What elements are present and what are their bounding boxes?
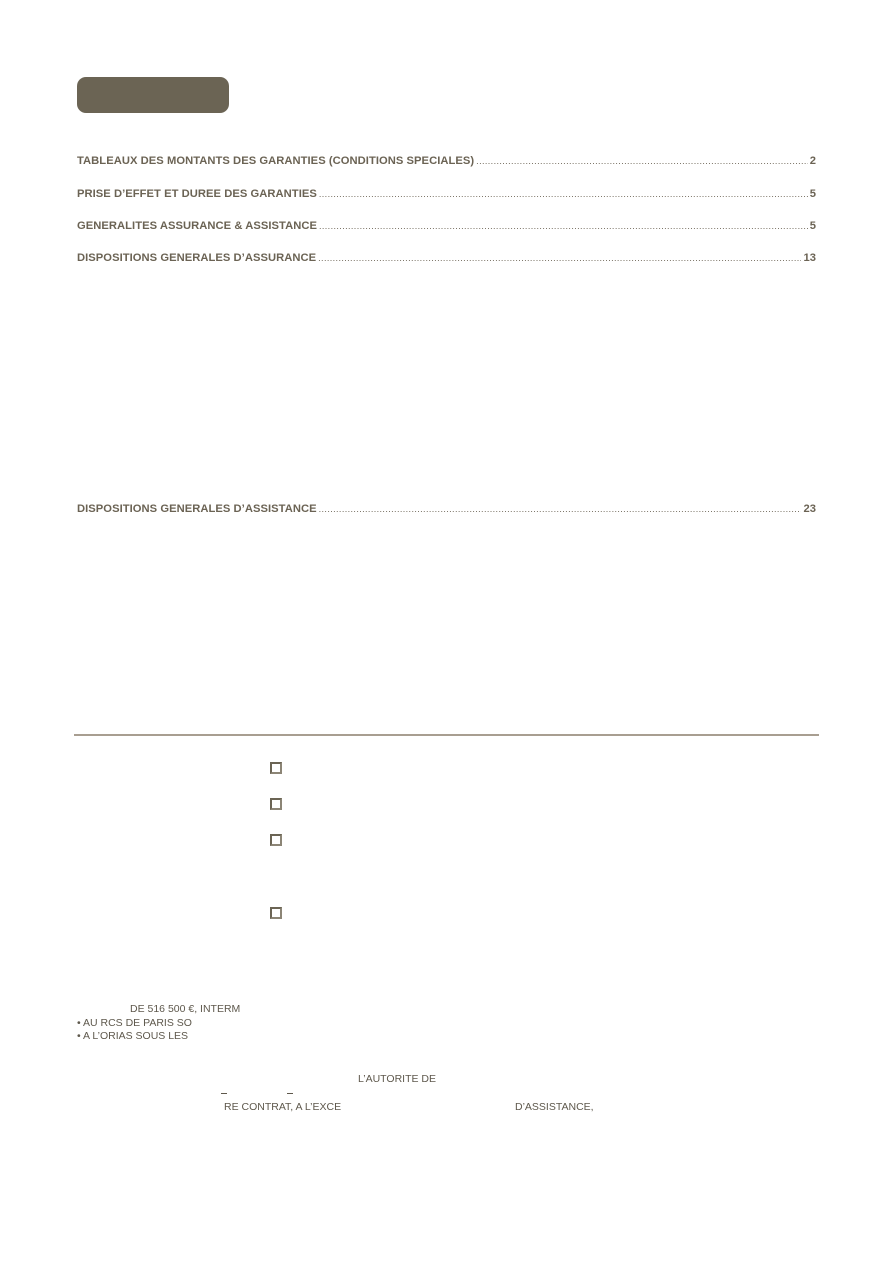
toc-entry-label: TABLEAUX DES MONTANTS DES GARANTIES (CON… [77,155,474,167]
footer-rcs-text: • AU RCS DE PARIS SO [77,1017,192,1029]
toc-dot-leader [319,221,808,231]
toc-page-number: 5 [810,188,816,200]
footer-capital-text: DE 516 500 €, INTERM [130,1003,240,1015]
toc-entry-label: DISPOSITIONS GENERALES D’ASSURANCE [77,252,316,264]
toc-page-number: 23 [803,503,816,515]
footer-contrat-text: RE CONTRAT, A L’EXCE [224,1101,341,1113]
underscore-mark [221,1093,227,1094]
toc-entry-dispositions-assurance[interactable]: DISPOSITIONS GENERALES D’ASSURANCE 13 [77,252,816,268]
toc-entry-label: GENERALITES ASSURANCE & ASSISTANCE [77,220,317,232]
checkbox-option-4[interactable] [270,907,282,919]
toc-entry-dispositions-assistance[interactable]: DISPOSITIONS GENERALES D’ASSISTANCE 23 [77,503,816,519]
toc-entry-tableaux[interactable]: TABLEAUX DES MONTANTS DES GARANTIES (CON… [77,155,816,171]
toc-entry-label: PRISE D’EFFET ET DUREE DES GARANTIES [77,188,317,200]
toc-page-number: 5 [810,220,816,232]
section-divider [74,734,819,736]
checkbox-option-1[interactable] [270,762,282,774]
checkbox-option-2[interactable] [270,798,282,810]
toc-dot-leader [318,253,801,263]
toc-entry-prise-effet[interactable]: PRISE D’EFFET ET DUREE DES GARANTIES 5 [77,188,816,204]
toc-page-number: 13 [803,252,816,264]
toc-entry-generalites[interactable]: GENERALITES ASSURANCE & ASSISTANCE 5 [77,220,816,236]
underscore-mark [287,1093,293,1094]
section-header-tab [77,77,229,113]
toc-dot-leader [476,156,808,166]
footer-autorite-text: L’AUTORITE DE [358,1073,436,1085]
toc-entry-label: DISPOSITIONS GENERALES D’ASSISTANCE [77,503,317,515]
footer-orias-text: • A L’ORIAS SOUS LES [77,1030,188,1042]
toc-page-number: 2 [810,155,816,167]
toc-dot-leader [319,504,802,514]
checkbox-option-3[interactable] [270,834,282,846]
toc-dot-leader [319,189,808,199]
footer-assistance-text: D’ASSISTANCE, [515,1101,594,1113]
